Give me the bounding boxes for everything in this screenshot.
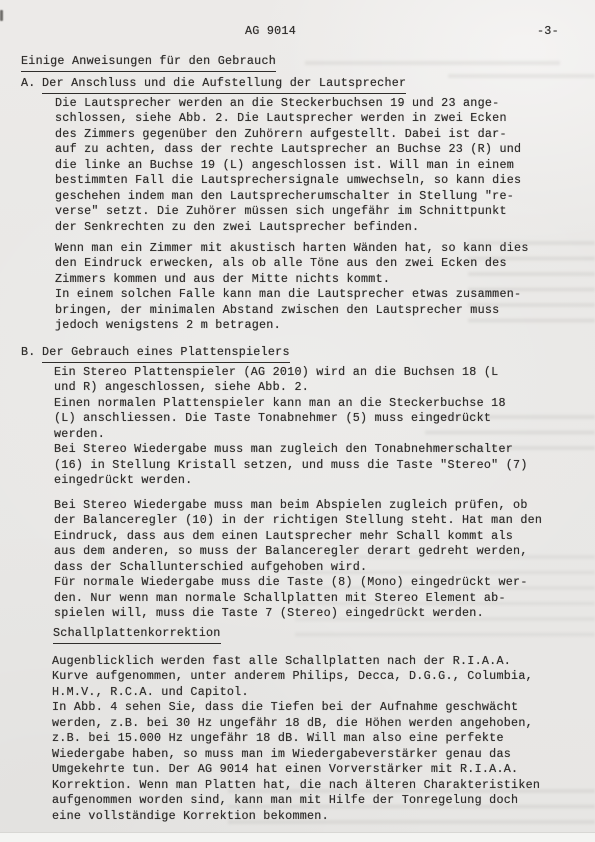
section-b-heading: B.Der Gebrauch eines Plattenspielers — [21, 345, 290, 363]
section-b-label: B. — [21, 345, 42, 360]
paragraph-b2: Bei Stereo Wiedergabe muss man beim Absp… — [54, 498, 564, 622]
ink-bleed-ghost — [448, 69, 595, 79]
scan-edge — [0, 832, 595, 842]
paragraph-c1: Augenblicklich werden fast alle Schallpl… — [52, 654, 562, 824]
paragraph-b1: Ein Stereo Plattenspieler (AG 2010) wird… — [54, 365, 559, 489]
section-b-heading-text: Der Gebrauch eines Plattenspielers — [42, 345, 290, 363]
paragraph-a1: Die Lautsprecher werden an die Steckerbu… — [55, 96, 555, 235]
document-model: AG 9014 — [245, 24, 296, 39]
section-a-heading-text: Der Anschluss und die Aufstellung der La… — [42, 76, 406, 94]
scan-edge-mark — [0, 10, 3, 21]
section-a-heading: A.Der Anschluss und die Aufstellung der … — [21, 76, 406, 94]
section-c-heading-text: Schallplattenkorrektion — [53, 626, 221, 644]
section-c-heading: Schallplattenkorrektion — [53, 626, 221, 644]
document-title: Einige Anweisungen für den Gebrauch — [21, 54, 276, 72]
document-title-text: Einige Anweisungen für den Gebrauch — [21, 54, 276, 72]
section-a-label: A. — [21, 76, 42, 91]
scanned-page: AG 9014 -3- Einige Anweisungen für den G… — [0, 0, 595, 842]
ink-bleed-ghost — [305, 56, 560, 66]
paragraph-a2: Wenn man ein Zimmer mit akustisch harten… — [55, 241, 555, 334]
page-number: -3- — [537, 24, 559, 39]
